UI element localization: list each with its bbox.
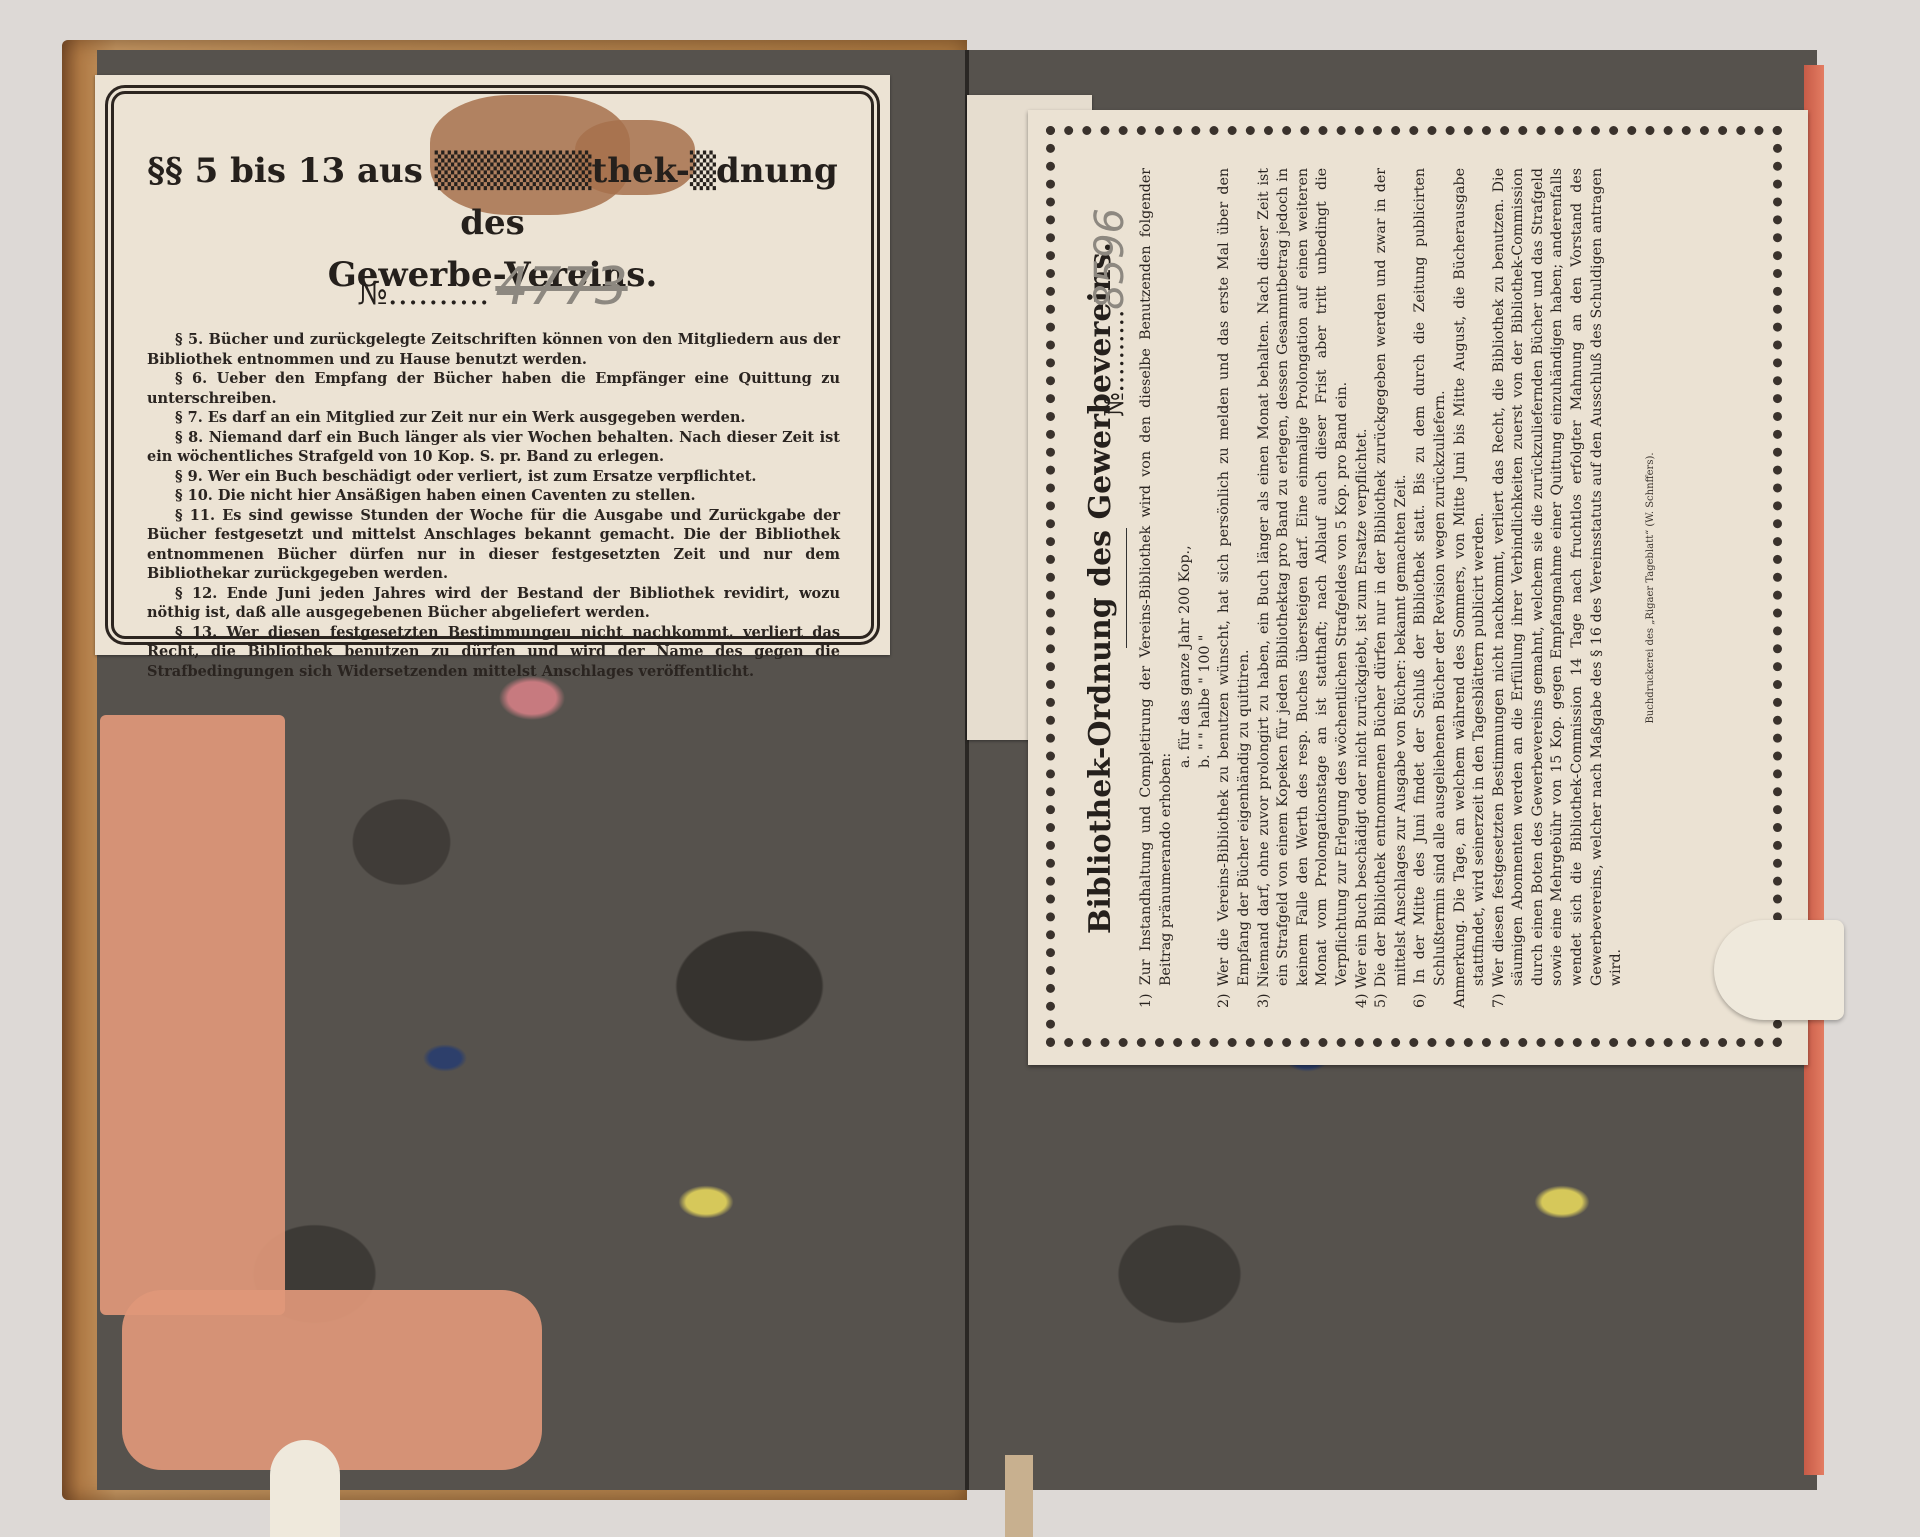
rule-paragraph: § 11. Es sind gewisse Stunden der Woche …	[147, 506, 840, 584]
pink-paper-remnant-bottom	[122, 1290, 542, 1470]
rule-paragraph: § 9. Wer ein Buch beschädigt oder verlie…	[147, 467, 840, 487]
number-label: №..........	[357, 274, 489, 312]
bone-folder-bottom	[270, 1440, 340, 1537]
rule-paragraph: § 12. Ende Juni jeden Jahres wird der Be…	[147, 584, 840, 623]
rules-paragraphs: § 5. Bücher und zurückgelegte Zeitschrif…	[147, 330, 840, 681]
rule-paragraph: § 8. Niemand darf ein Buch länger als vi…	[147, 428, 840, 467]
rule-note: Anmerkung. Die Tage, an welchem während …	[1451, 168, 1490, 1008]
fee-list: a. für das ganze Jahr 200 Kop., b. " " h…	[1176, 168, 1215, 1008]
rule-paragraph: § 13. Wer diesen festgesetzten Bestimmun…	[147, 623, 840, 682]
rule-paragraph: § 6. Ueber den Empfang der Bücher haben …	[147, 369, 840, 408]
number-label: №..........	[1100, 309, 1130, 416]
bookplate-left: §§ 5 bis 13 aus ▒▒▒▒▒▒thek-▒dnung des Ge…	[95, 75, 890, 655]
rule-item: 6) In der Mitte des Juni findet der Schl…	[1411, 168, 1450, 1008]
rule-paragraph: § 5. Bücher und zurückgelegte Zeitschrif…	[147, 330, 840, 369]
handwritten-number: 8596	[1087, 208, 1133, 310]
rule-item: 7) Wer diesen festgesetzten Bestimmungen…	[1490, 168, 1627, 1008]
rotated-content: №..........8596 Bibliothek-Ordnung des G…	[1073, 148, 1763, 1028]
rule-item: 3) Niemand darf, ohne zuvor prolongirt z…	[1255, 168, 1353, 1008]
label-number: №..........8596	[1087, 208, 1133, 417]
bone-folder-weight	[1714, 920, 1844, 1020]
divider	[1126, 528, 1127, 648]
library-rules-label: №..........8596 Bibliothek-Ordnung des G…	[1028, 110, 1808, 1065]
fee-line: a. für das ganze Jahr 200 Kop.,	[1176, 168, 1196, 768]
rule-item: 1) Zur Instandhaltung und Completirung d…	[1137, 168, 1176, 1008]
bookplate-number: №..........4773	[95, 257, 890, 317]
printer-imprint: Buchdruckerei des „Rigaer Tageblatt“ (W.…	[1641, 168, 1661, 1008]
rules-body: 1) Zur Instandhaltung und Completirung d…	[1137, 148, 1660, 1028]
bookmark-ribbon	[1005, 1455, 1033, 1537]
rule-item: 2) Wer die Vereins-Bibliothek zu benutze…	[1215, 168, 1254, 1008]
title-line-1: §§ 5 bis 13 aus ▒▒▒▒▒▒thek-▒dnung des	[135, 145, 850, 249]
rule-item: 5) Die der Bibliothek entnommenen Bücher…	[1372, 168, 1411, 1008]
rule-paragraph: § 7. Es darf an ein Mitglied zur Zeit nu…	[147, 408, 840, 428]
fee-line: b. " " halbe " 100 "	[1196, 168, 1216, 768]
rule-paragraph: § 10. Die nicht hier Ansäßigen haben ein…	[147, 486, 840, 506]
handwritten-number: 4773	[495, 257, 627, 317]
open-book: §§ 5 bis 13 aus ▒▒▒▒▒▒thek-▒dnung des Ge…	[62, 40, 1844, 1510]
pink-paper-remnant	[100, 715, 285, 1315]
rule-item: 4) Wer ein Buch beschädigt oder nicht zu…	[1353, 168, 1373, 1008]
